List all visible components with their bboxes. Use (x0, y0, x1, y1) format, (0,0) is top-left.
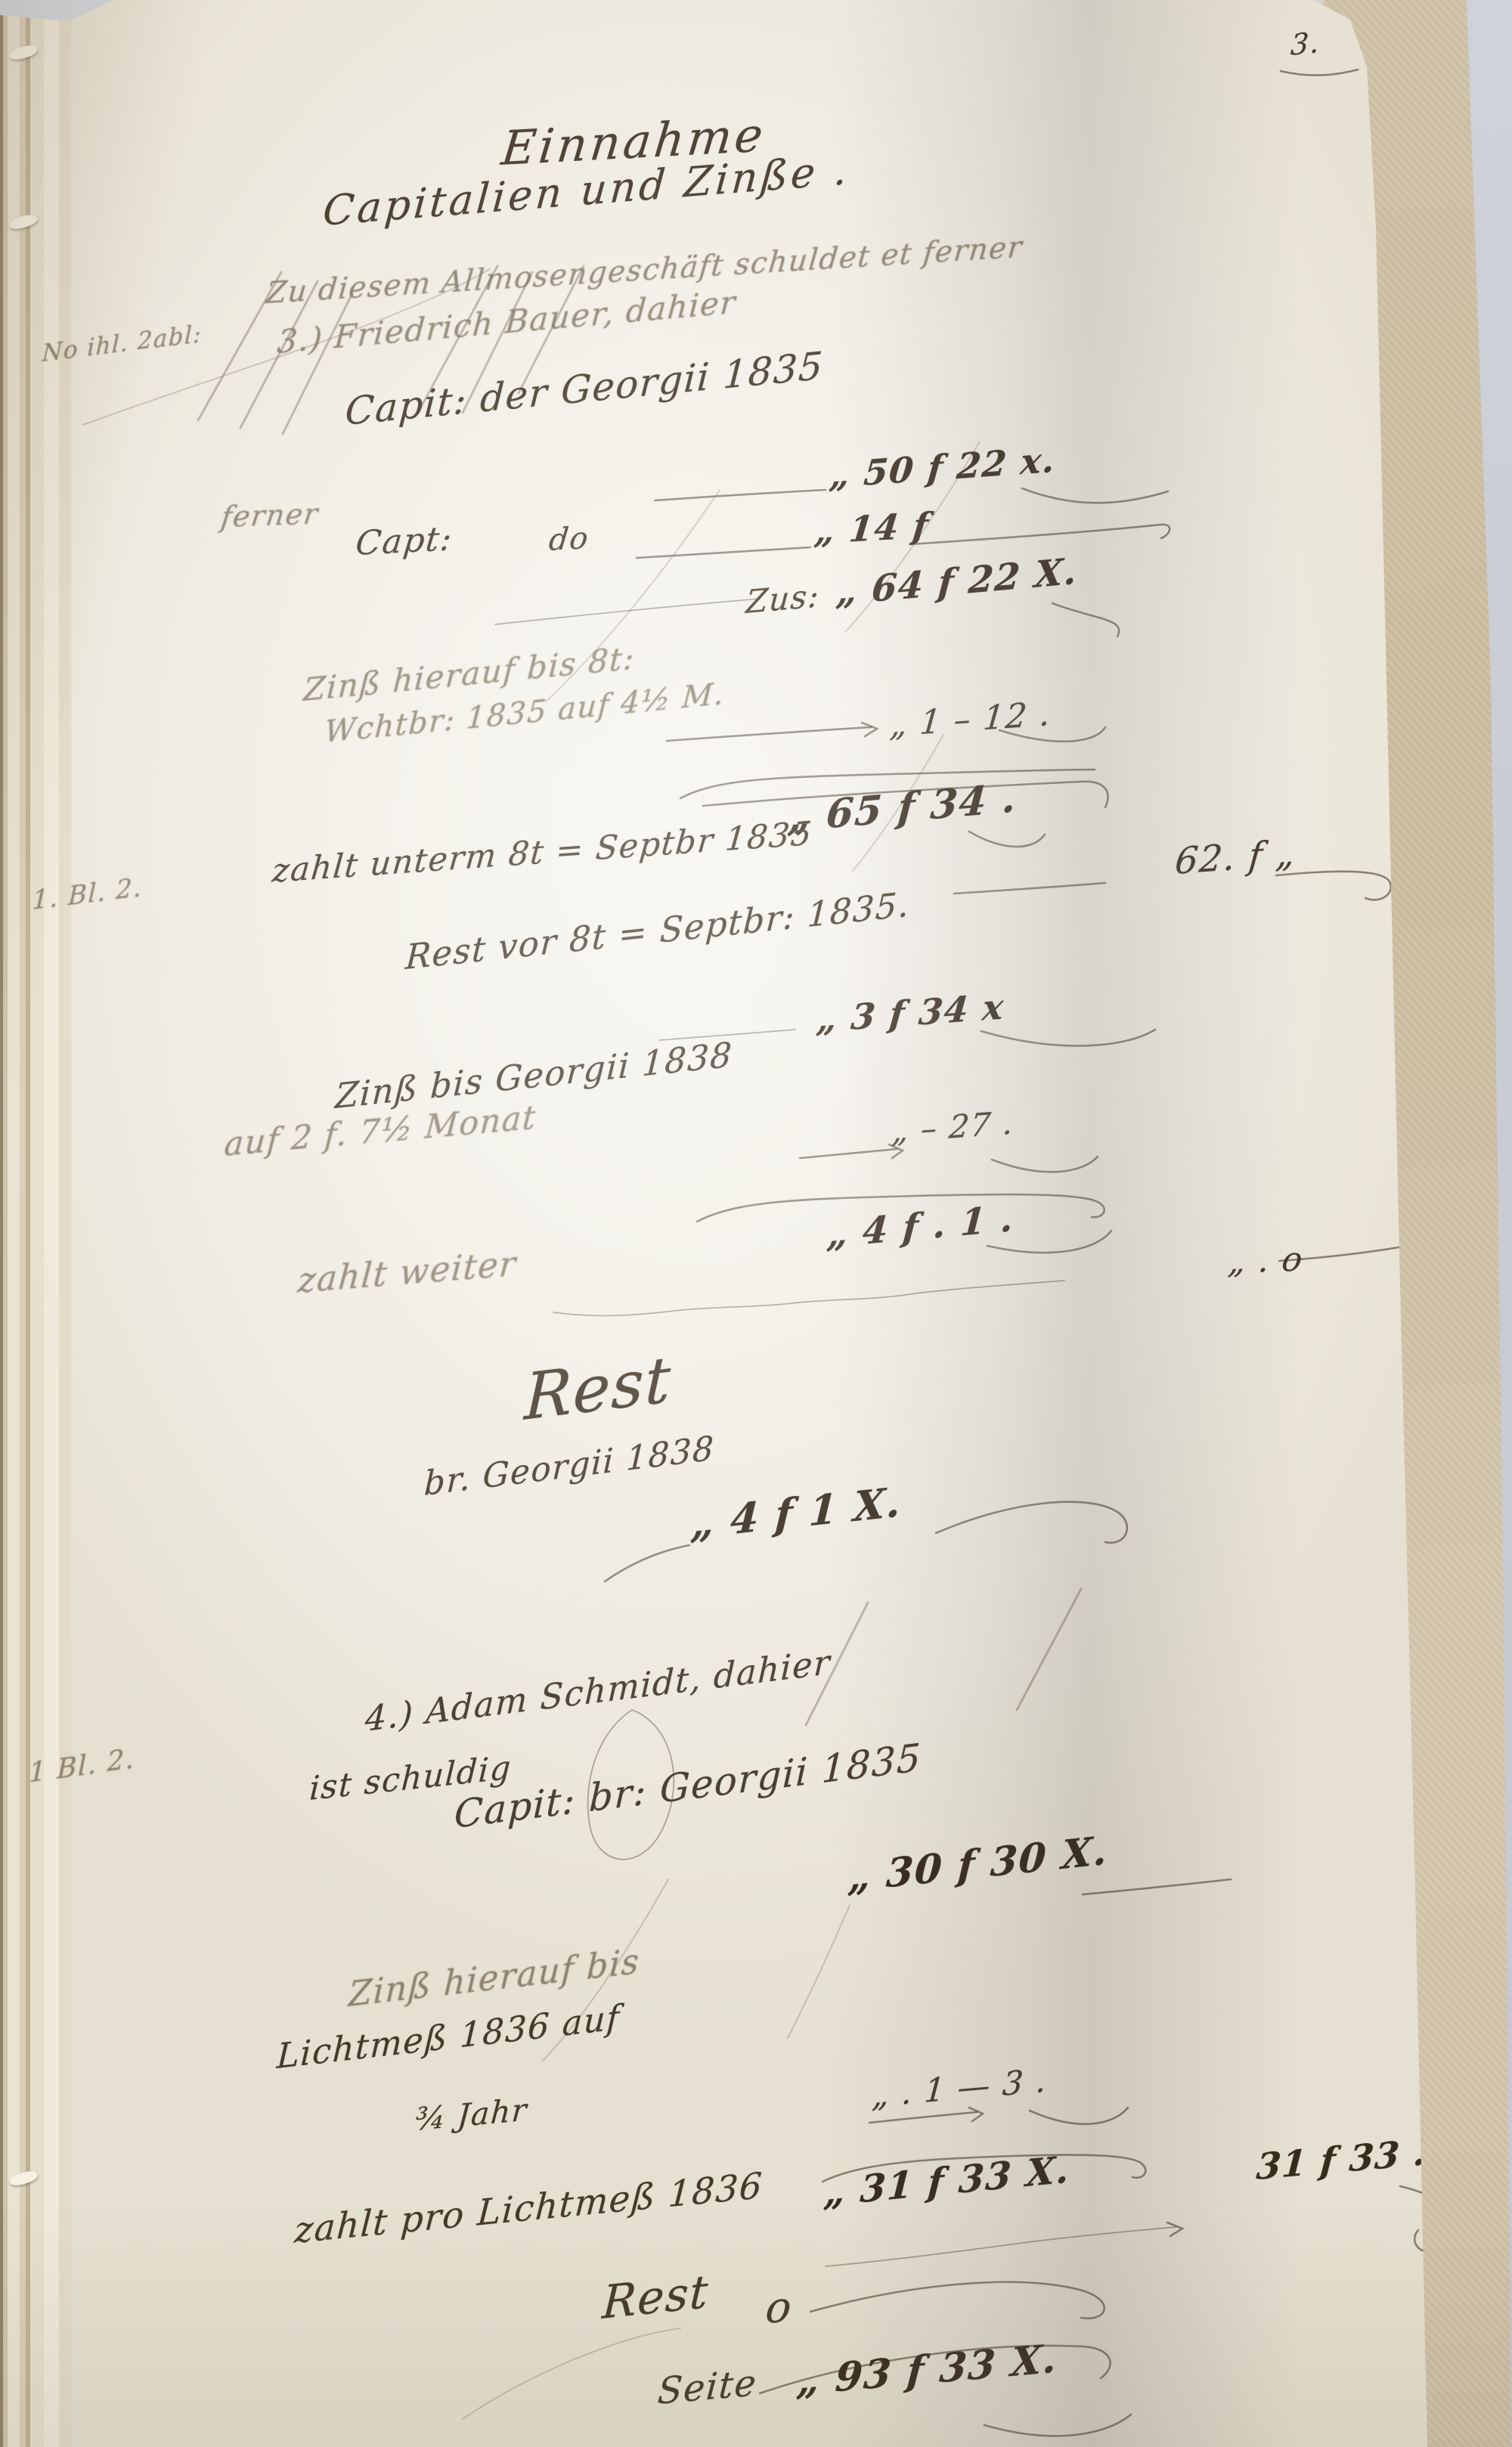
flourish (984, 2414, 1131, 2436)
grand-flourish (936, 1502, 1127, 1543)
ascender-stroke (283, 293, 352, 434)
flourish (1052, 603, 1119, 637)
flourish (1030, 2108, 1128, 2124)
wavy-dash (826, 2227, 1176, 2266)
photo-of-handwritten-ledger: 3. Einnahme Capitalien und Zinße . Zu di… (0, 0, 1512, 2447)
page-number: 3. (1290, 25, 1321, 62)
arrow-tip (862, 723, 877, 736)
dash-line (954, 883, 1105, 894)
dash-line (667, 727, 871, 741)
flourish (1083, 1879, 1231, 1894)
flourish (992, 1157, 1098, 1172)
ferner-label: ferner (219, 497, 321, 534)
flourish (1022, 488, 1168, 503)
sum-overline (495, 599, 760, 624)
second-capital-amount: „ 14 f (813, 505, 931, 552)
manuscript-page: 3. Einnahme Capitalien und Zinße . Zu di… (0, 0, 1512, 2447)
rest-value: o (764, 2282, 795, 2334)
flourish (605, 1545, 689, 1581)
paid-further-amount: „ . o (1226, 1240, 1306, 1281)
wavy-dash (553, 1281, 1064, 1315)
hairline-stroke (788, 1905, 850, 2038)
flourish (969, 832, 1045, 847)
dash-line (800, 1149, 897, 1158)
arrow-tip (969, 2108, 983, 2121)
flourish (1276, 872, 1391, 900)
dash-line (655, 490, 826, 500)
capt-label: Capt: (354, 519, 454, 563)
carry-label: Seite (656, 2362, 758, 2413)
flourish (911, 525, 1170, 544)
dash-line (637, 547, 810, 558)
ditto-label: do (547, 521, 590, 558)
page-number-underline (1281, 70, 1358, 76)
sum-label: Zus: (745, 577, 821, 621)
hairline-stroke (463, 2328, 680, 2419)
payment-column-amount: 62. f „ (1173, 832, 1298, 883)
grand-flourish (810, 2282, 1105, 2318)
ascender-stroke (1017, 1589, 1081, 1710)
arrow-tip (1167, 2222, 1182, 2236)
flourish (981, 1030, 1155, 1045)
